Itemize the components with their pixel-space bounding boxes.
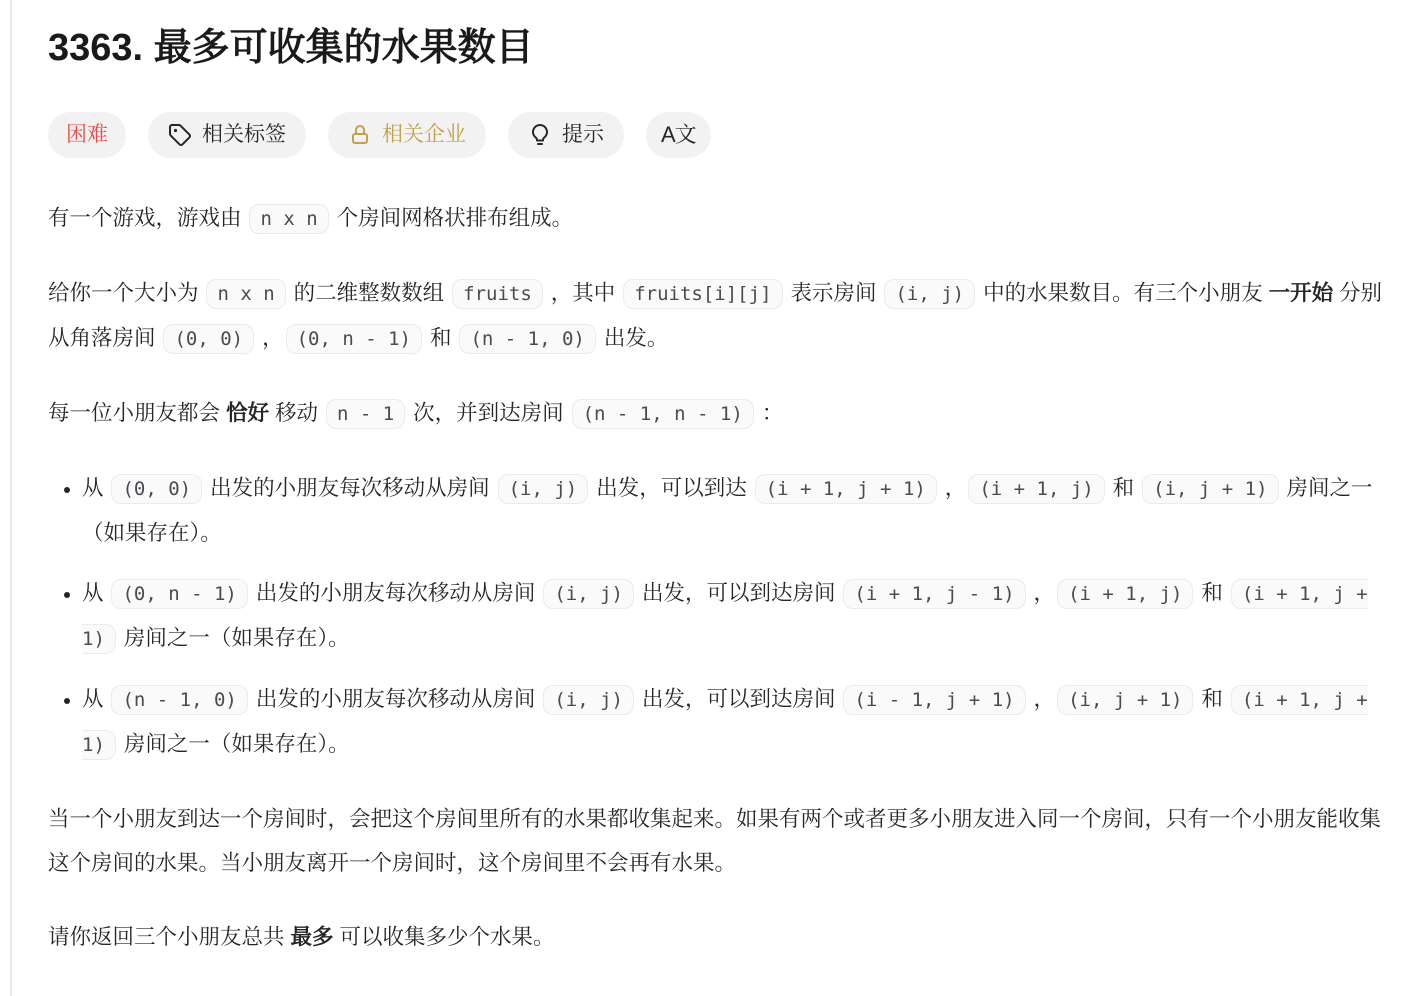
inline-code: n x n (206, 279, 285, 309)
difficulty-badge[interactable]: 困难 (48, 112, 126, 158)
inline-code: (i + 1, j - 1) (843, 579, 1025, 609)
tag-icon (168, 123, 192, 147)
text-run: 次，并到达房间 (407, 401, 569, 425)
text-run: 出发，可以到达房间 (636, 581, 841, 605)
text-run: 当一个小朋友到达一个房间时，会把这个房间里所有的水果都收集起来。如果有两个或者更… (48, 807, 1381, 875)
inline-code: (0, n - 1) (111, 579, 247, 609)
text-run: 从 (82, 687, 109, 711)
text-run: 可以收集多少个水果。 (334, 925, 555, 949)
text-run: 从 (82, 476, 109, 500)
lock-icon (348, 123, 372, 147)
lightbulb-icon (528, 123, 552, 147)
inline-code: (n - 1, 0) (111, 685, 247, 715)
text-run: 出发，可以到达 (590, 476, 752, 500)
inline-code: fruits[i][j] (623, 279, 782, 309)
text-run: 出发的小朋友每次移动从房间 (250, 687, 541, 711)
text-run: ， (1028, 687, 1055, 711)
text-run: 和 (1195, 687, 1228, 711)
page-title: 3363. 最多可收集的水果数目 (48, 26, 1392, 72)
text-run: 表示房间 (785, 281, 883, 305)
related-tags-button[interactable]: 相关标签 (148, 112, 306, 158)
hint-label: 提示 (562, 124, 604, 145)
text-run: 从 (82, 581, 109, 605)
inline-code: (n - 1, n - 1) (572, 399, 754, 429)
related-companies-label: 相关企业 (382, 124, 466, 145)
inline-code: (0, n - 1) (286, 324, 422, 354)
text-run: ， (939, 476, 966, 500)
text-run: 出发的小朋友每次移动从房间 (250, 581, 541, 605)
text-run: 有一个游戏，游戏由 (48, 206, 247, 230)
text-run: ， (1028, 581, 1055, 605)
move-rules-list: 从 (0, 0) 出发的小朋友每次移动从房间 (i, j) 出发，可以到达 (i… (48, 466, 1392, 767)
inline-code: (0, 0) (111, 474, 202, 504)
problem-panel: 3363. 最多可收集的水果数目 困难 相关标签 相关企业 提示 A文 (0, 0, 1418, 959)
text-run: ， (256, 326, 283, 350)
paragraph: 请你返回三个小朋友总共 最多 可以收集多少个水果。 (48, 915, 1392, 959)
inline-code: (i + 1, j) (1057, 579, 1193, 609)
move-rule-item: 从 (n - 1, 0) 出发的小朋友每次移动从房间 (i, j) 出发，可以到… (82, 677, 1392, 767)
translate-icon: A文 (661, 124, 696, 146)
text-run: 请你返回三个小朋友总共 (48, 925, 290, 949)
inline-code: (i + 1, j) (968, 474, 1104, 504)
text-run: 中的水果数目。有三个小朋友 (977, 281, 1268, 305)
related-tags-label: 相关标签 (202, 124, 286, 145)
bold-text: 最多 (290, 925, 333, 949)
move-rule-item: 从 (0, 0) 出发的小朋友每次移动从房间 (i, j) 出发，可以到达 (i… (82, 466, 1392, 555)
difficulty-label: 困难 (66, 124, 108, 145)
text-run: 给你一个大小为 (48, 281, 204, 305)
paragraph: 每一位小朋友都会 恰好 移动 n - 1 次，并到达房间 (n - 1, n -… (48, 391, 1392, 436)
paragraph: 给你一个大小为 n x n 的二维整数数组 fruits ，其中 fruits[… (48, 271, 1392, 361)
inline-code: (i, j) (498, 474, 589, 504)
bold-text: 一开始 (1269, 281, 1334, 305)
inline-code: (i, j) (543, 579, 634, 609)
inline-code: (i + 1, j + 1) (755, 474, 937, 504)
translate-toggle-button[interactable]: A文 (646, 112, 711, 158)
inline-code: (i - 1, j + 1) (843, 685, 1025, 715)
text-run: 的二维整数数组 (288, 281, 450, 305)
text-run: 和 (1107, 476, 1140, 500)
text-run: 房间之一（如果存在）。 (118, 732, 350, 756)
text-run: 房间之一（如果存在）。 (118, 626, 350, 650)
panel-left-divider (10, 0, 12, 996)
inline-code: (n - 1, 0) (459, 324, 595, 354)
problem-description: 有一个游戏，游戏由 n x n 个房间网格状排布组成。给你一个大小为 n x n… (48, 196, 1392, 959)
text-run: 和 (424, 326, 457, 350)
text-run: 和 (1195, 581, 1228, 605)
inline-code: n x n (249, 204, 328, 234)
inline-code: (i, j) (543, 685, 634, 715)
move-rule-item: 从 (0, n - 1) 出发的小朋友每次移动从房间 (i, j) 出发，可以到… (82, 571, 1392, 661)
hint-button[interactable]: 提示 (508, 112, 624, 158)
text-run: ，其中 (545, 281, 621, 305)
text-run: 移动 (269, 401, 324, 425)
badge-row: 困难 相关标签 相关企业 提示 A文 (48, 112, 1392, 158)
paragraph: 有一个游戏，游戏由 n x n 个房间网格状排布组成。 (48, 196, 1392, 241)
inline-code: n - 1 (326, 399, 405, 429)
inline-code: (i, j) (884, 279, 975, 309)
text-run: 每一位小朋友都会 (48, 401, 226, 425)
inline-code: (i, j + 1) (1057, 685, 1193, 715)
bold-text: 恰好 (226, 401, 269, 425)
text-run: 出发的小朋友每次移动从房间 (204, 476, 495, 500)
paragraph: 当一个小朋友到达一个房间时，会把这个房间里所有的水果都收集起来。如果有两个或者更… (48, 797, 1392, 885)
text-run: ： (756, 401, 783, 425)
inline-code: fruits (452, 279, 543, 309)
inline-code: (i, j + 1) (1142, 474, 1278, 504)
text-run: 个房间网格状排布组成。 (331, 206, 573, 230)
text-run: 出发，可以到达房间 (636, 687, 841, 711)
related-companies-button[interactable]: 相关企业 (328, 112, 486, 158)
text-run: 出发。 (598, 326, 668, 350)
inline-code: (0, 0) (163, 324, 254, 354)
